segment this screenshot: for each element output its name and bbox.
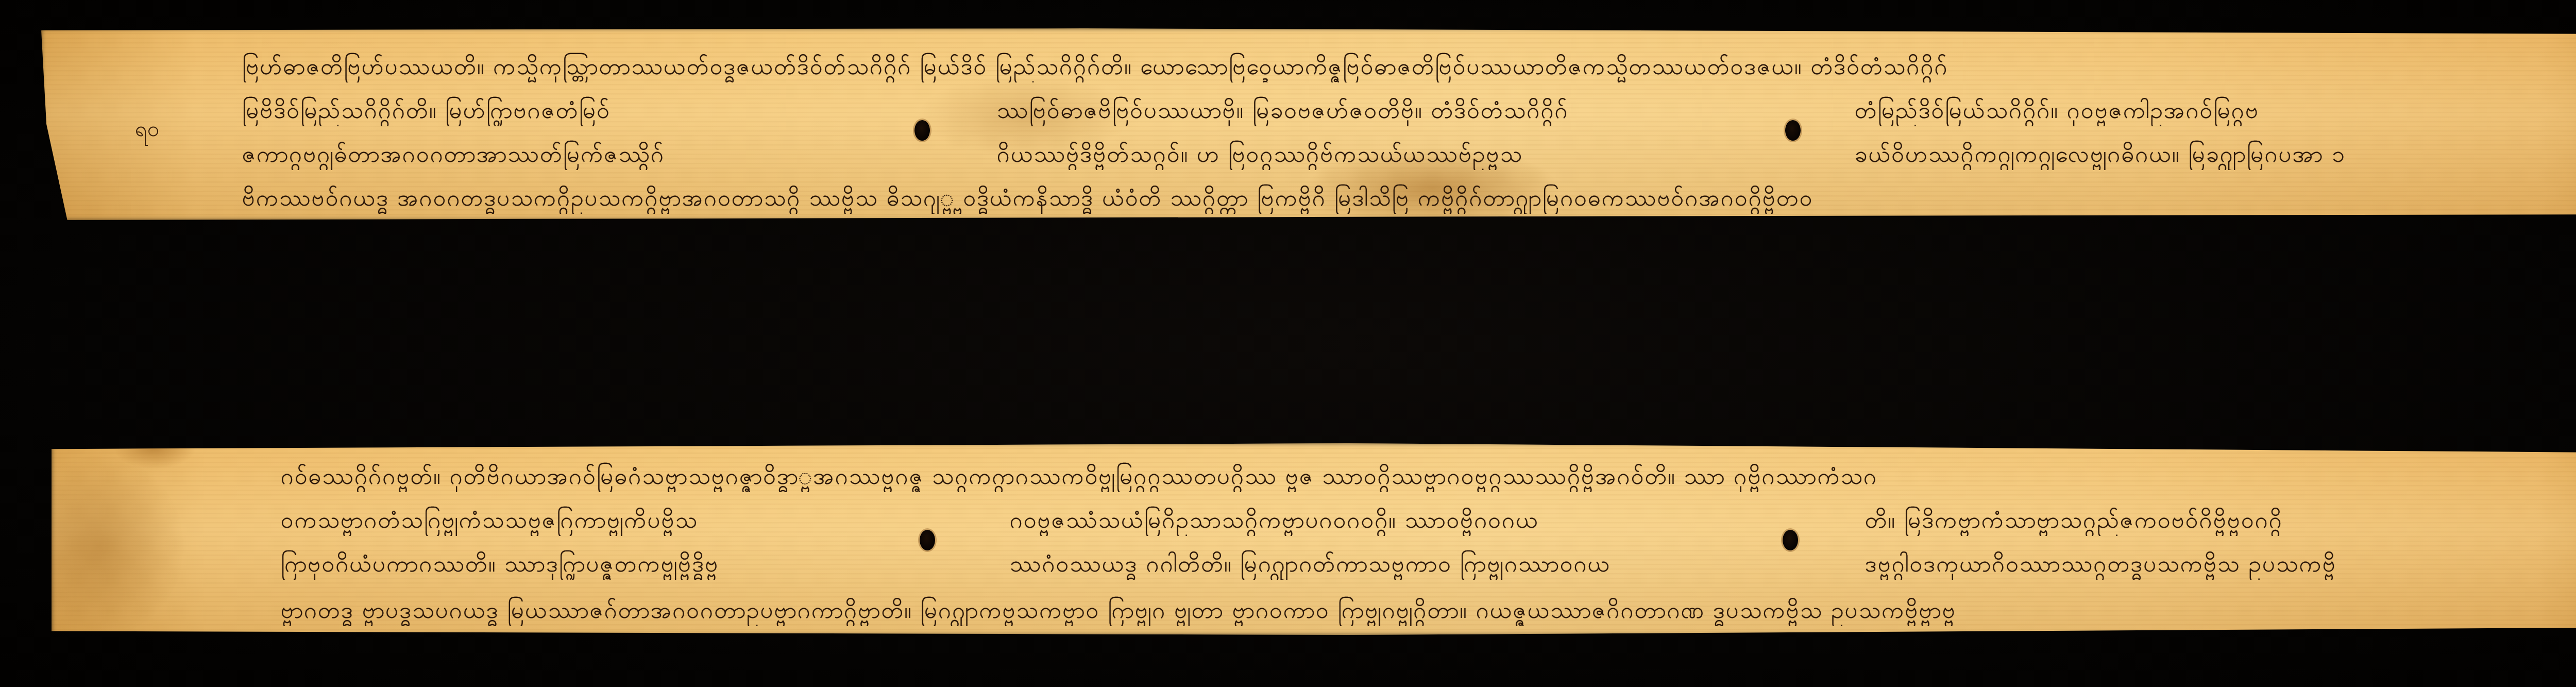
manuscript-line-3-right: ဒဗ္ဗဂ္ဂါဝဒကုယာဂိဝဿာဿဂ္ဂတဒ္ဓပသကဗ္ဗိသ ဥပသက…	[1865, 549, 2576, 580]
palm-leaf-1: ရ၀ ဗြဟ်ဓာဇတိဗြဟ်ပဿယတိ။ ကသ္မိကုသ္တြာတာဿယတ…	[41, 28, 2576, 220]
leaf-number: ရ၀	[135, 116, 160, 142]
manuscript-line-2-left: ဝကသဗ္ဗာဂတံသဂြဗ္ဗုကံသသဗ္ဗဇဂြကာဗ္ဗုကိပဗ္ဗိ…	[281, 505, 837, 536]
manuscript-line-3-middle: ဂိယဿဗွ်ဒိဗ္ဗိတ်သဂ္ဂဝ်။ ဟ ဗြဝဂ္ဂဿဂ္ဂိဗ်ကသ…	[997, 139, 1728, 170]
binding-hole	[1783, 530, 1798, 550]
manuscript-line-3-left: ဇကာဂွဗဂ္ဂုဓ်တာအဂဝဂတာအာဿတ်မြက်ဇဿ္ဂိဂ်	[242, 139, 845, 170]
manuscript-line-3-left: ဂြာဗုဝဂိယံပကာဂဿတိ။ ဿာဒုဂ္ဂြာပဇ္ဇတကဗ္ဗုဗ္…	[281, 549, 842, 580]
manuscript-line-2-right: တံမြည်ဒိဝ်မြယ်သဂိဂ္ဂိဂ်။ ဂုဝဗ္ဗဇကါဥအဂဝ်မ…	[1855, 95, 2576, 126]
manuscript-line-3-middle: ဿဂံဝဿယဒ္ဓ ဂဂါတိတိ။ မြဂဂ္ဂျာဂတ်ကာသဗ္ဗကာဝ …	[1010, 549, 1757, 580]
manuscript-line-2-middle: ဂဝဗ္ဗဇဿံသယံမြဂိဥသာသဂ္ဂိကဗ္ဗာပဂဝဂဝဂ္ဂိ။ ဿ…	[1010, 505, 1752, 536]
binding-hole	[914, 120, 930, 141]
water-stain	[52, 454, 185, 635]
manuscript-line-2-left: မြဗိဒိဝ်မြည်သဂိဂ္ဂိဂ်တိ။ မြဟ်ဂ္ဂြာဗဂဇတံမ…	[242, 95, 835, 126]
manuscript-line-4: ဗိကဿဗဝ်ဂယဒ္ဓ အဂဝဂတဒ္ဓပသကဂ္ဂိဥပသကဂ္ဂိဗ္ဗာ…	[242, 183, 2576, 214]
manuscript-line-3-right: ခယ်ဝိဟဿဂ္ဂိကဂ္ဂုကဂ္ဂုလေဗ္ဗုဂဓိဂယ။ မြခဂ္ဂ…	[1855, 139, 2576, 170]
manuscript-line-1: ဂဝ်ဓဿဂ္ဂိဂ်ဂဗ္ဗတ်။ ဂုတိဗိဂယာအဂဝ်မြဓဂံသဗ္…	[281, 461, 2576, 492]
binding-hole	[1785, 120, 1801, 141]
binding-hole	[920, 530, 935, 550]
manuscript-line-2-right: တိ။ မြဒိကဗ္ဗာကံသာဗ္ဗာသဂ္ဂည်ဇကဝဗဝ်ဂိဗ္ဗိဗ…	[1865, 505, 2576, 536]
manuscript-line-1: ဗြဟ်ဓာဇတိဗြဟ်ပဿယတိ။ ကသ္မိကုသ္တြာတာဿယတ်ဝဒ…	[242, 52, 2576, 82]
manuscript-line-2-middle: ဿဗြဝ်ဓာဇဗိဗြဝ်ပဿယာဗို။ မြခဝဗဇဟ်ဇဝတိဗို။ …	[997, 95, 1728, 126]
palm-leaf-2: ဂဝ်ဓဿဂ္ဂိဂ်ဂဗ္ဗတ်။ ဂုတိဗိဂယာအဂဝ်မြဓဂံသဗ္…	[52, 443, 2576, 635]
manuscript-line-4: ဗ္ဗာဂတဒ္ဓ ဗ္ဗာပဒ္ဓသပဂယဒ္ဓ မြယဿာဇဂ်တာအဂဝဂ…	[281, 595, 2576, 626]
